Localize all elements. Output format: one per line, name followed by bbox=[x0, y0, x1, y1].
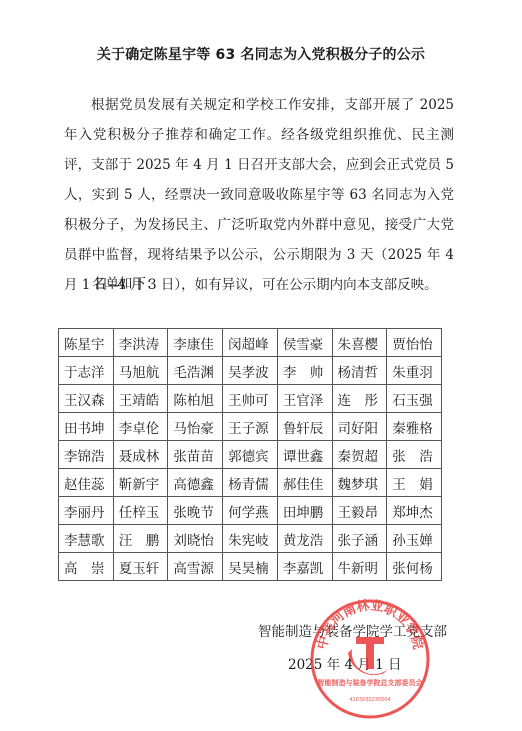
name-cell: 鲁轩辰 bbox=[277, 413, 332, 441]
name-cell: 谭世鑫 bbox=[277, 441, 332, 469]
name-cell: 李洪涛 bbox=[113, 329, 168, 357]
name-cell: 杨清哲 bbox=[332, 357, 387, 385]
name-cell: 朱喜樱 bbox=[332, 329, 387, 357]
name-cell: 马旭航 bbox=[113, 357, 168, 385]
name-cell: 朱重羽 bbox=[387, 357, 442, 385]
name-cell: 李嘉凯 bbox=[277, 553, 332, 581]
body-paragraph: 根据党员发展有关规定和学校工作安排，支部开展了 2025 年入党积极分子推荐和确… bbox=[64, 90, 454, 300]
table-row: 高 崇夏玉轩高雪源吴昊楠李嘉凯牛新明张何杨 bbox=[59, 553, 442, 581]
name-cell: 秦贺超 bbox=[332, 441, 387, 469]
name-cell: 吴孝波 bbox=[223, 357, 278, 385]
name-cell: 张 浩 bbox=[387, 441, 442, 469]
table-row: 李锦浩聂成林张苗苗郭德宾谭世鑫秦贺超张 浩 bbox=[59, 441, 442, 469]
name-cell: 吴昊楠 bbox=[223, 553, 278, 581]
name-cell: 何学燕 bbox=[223, 497, 278, 525]
table-row: 李慧歌汪 鹏刘晓怡朱宪岐黄龙浩张子涵孙玉婵 bbox=[59, 525, 442, 553]
name-cell: 聂成林 bbox=[113, 441, 168, 469]
name-cell: 杨青儒 bbox=[223, 469, 278, 497]
name-cell: 张子涵 bbox=[332, 525, 387, 553]
name-cell: 连 彤 bbox=[332, 385, 387, 413]
name-cell: 赵佳蕊 bbox=[59, 469, 114, 497]
name-cell: 马怡豪 bbox=[168, 413, 223, 441]
list-label: 名单如下： bbox=[92, 272, 160, 292]
table-row: 李丽丹任梓玉张晚节何学燕田坤鹏王毅昂郑坤杰 bbox=[59, 497, 442, 525]
table-row: 田书坤李卓伦马怡豪王子源鲁轩辰司好阳秦雅格 bbox=[59, 413, 442, 441]
name-cell: 汪 鹏 bbox=[113, 525, 168, 553]
name-cell: 王 娟 bbox=[387, 469, 442, 497]
name-cell: 陈柏旭 bbox=[168, 385, 223, 413]
name-cell: 任梓玉 bbox=[113, 497, 168, 525]
name-cell: 李 帅 bbox=[277, 357, 332, 385]
table-row: 陈星宇李洪涛李康佳闵超峰侯雪豪朱喜樱贾怡怡 bbox=[59, 329, 442, 357]
name-cell: 李康佳 bbox=[168, 329, 223, 357]
name-cell: 高 崇 bbox=[59, 553, 114, 581]
name-cell: 毛浩渊 bbox=[168, 357, 223, 385]
name-cell: 张苗苗 bbox=[168, 441, 223, 469]
name-cell: 靳新宇 bbox=[113, 469, 168, 497]
seal-number: 4103030230504 bbox=[349, 697, 390, 703]
document-page: 关于确定陈星宇等 63 名同志为入党积极分子的公示 根据党员发展有关规定和学校工… bbox=[0, 0, 522, 731]
name-cell: 郝佳佳 bbox=[277, 469, 332, 497]
name-cell: 郭德宾 bbox=[223, 441, 278, 469]
name-cell: 高雪源 bbox=[168, 553, 223, 581]
name-cell: 朱宪岐 bbox=[223, 525, 278, 553]
signature-org: 智能制造与装备学院学工党支部 bbox=[258, 620, 447, 640]
name-cell: 高德鑫 bbox=[168, 469, 223, 497]
name-cell: 王靖皓 bbox=[113, 385, 168, 413]
name-cell: 于志洋 bbox=[59, 357, 114, 385]
name-cell: 贾怡怡 bbox=[387, 329, 442, 357]
document-title: 关于确定陈星宇等 63 名同志为入党积极分子的公示 bbox=[0, 44, 522, 64]
name-cell: 李丽丹 bbox=[59, 497, 114, 525]
name-cell: 张晚节 bbox=[168, 497, 223, 525]
name-cell: 闵超峰 bbox=[223, 329, 278, 357]
name-cell: 王帅可 bbox=[223, 385, 278, 413]
table-row: 王汉森王靖皓陈柏旭王帅可王官泽连 彤石玉强 bbox=[59, 385, 442, 413]
name-cell: 侯雪豪 bbox=[277, 329, 332, 357]
name-cell: 石玉强 bbox=[387, 385, 442, 413]
signature-date: 2025 年 4 月 1 日 bbox=[288, 653, 402, 673]
name-cell: 司好阳 bbox=[332, 413, 387, 441]
name-cell: 魏梦琪 bbox=[332, 469, 387, 497]
name-cell: 李慧歌 bbox=[59, 525, 114, 553]
name-cell: 李卓伦 bbox=[113, 413, 168, 441]
names-table: 陈星宇李洪涛李康佳闵超峰侯雪豪朱喜樱贾怡怡于志洋马旭航毛浩渊吴孝波李 帅杨清哲朱… bbox=[58, 328, 442, 581]
name-cell: 郑坤杰 bbox=[387, 497, 442, 525]
name-cell: 夏玉轩 bbox=[113, 553, 168, 581]
table-row: 赵佳蕊靳新宇高德鑫杨青儒郝佳佳魏梦琪王 娟 bbox=[59, 469, 442, 497]
name-cell: 田书坤 bbox=[59, 413, 114, 441]
document-body: 根据党员发展有关规定和学校工作安排，支部开展了 2025 年入党积极分子推荐和确… bbox=[64, 90, 454, 300]
name-cell: 王汉森 bbox=[59, 385, 114, 413]
seal-inner-text: 智能制造与装备学院总支部委员会 bbox=[318, 678, 423, 687]
table-row: 于志洋马旭航毛浩渊吴孝波李 帅杨清哲朱重羽 bbox=[59, 357, 442, 385]
name-cell: 王官泽 bbox=[277, 385, 332, 413]
name-cell: 牛新明 bbox=[332, 553, 387, 581]
name-cell: 孙玉婵 bbox=[387, 525, 442, 553]
name-cell: 田坤鹏 bbox=[277, 497, 332, 525]
name-cell: 张何杨 bbox=[387, 553, 442, 581]
name-cell: 王毅昂 bbox=[332, 497, 387, 525]
name-cell: 李锦浩 bbox=[59, 441, 114, 469]
name-cell: 陈星宇 bbox=[59, 329, 114, 357]
name-cell: 秦雅格 bbox=[387, 413, 442, 441]
name-cell: 刘晓怡 bbox=[168, 525, 223, 553]
name-cell: 黄龙浩 bbox=[277, 525, 332, 553]
name-cell: 王子源 bbox=[223, 413, 278, 441]
